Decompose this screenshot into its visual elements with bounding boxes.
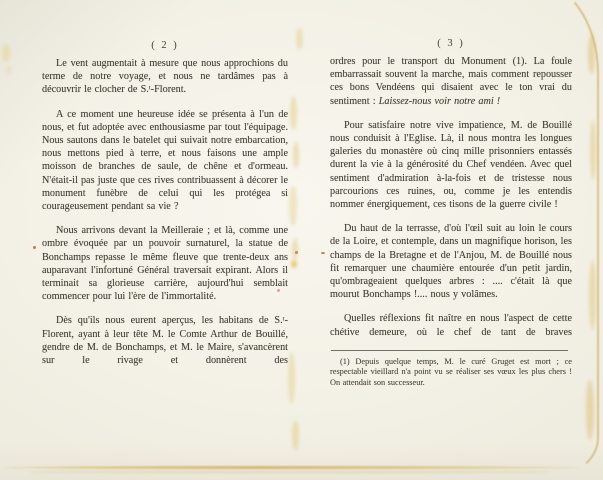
fold-stain [291,260,297,268]
paper-stain [6,66,11,74]
paragraph: Dès qu'ils nous eurent aperçus, les habi… [42,314,288,367]
book-scan: ( 2 ) Le vent augmentait à mesure que no… [0,0,603,480]
fold-stain [292,420,299,450]
page-edge-bottom [2,466,580,469]
page-number-right: ( 3 ) [330,38,572,49]
paragraph: Nous arrivons devant la Meilleraie ; et … [42,224,288,303]
fold-stain [289,186,297,226]
paper-stain [586,380,594,440]
fold-stain [296,28,303,50]
fold-stain [288,352,295,404]
footnote: (1) Depuis quelque temps, M. le curé Gru… [330,357,572,388]
paragraph: A ce moment une heureuse idée se présent… [42,108,288,214]
paper-stain [588,34,595,74]
italic-quote: Laissez-nous voir notre ami ! [379,96,500,107]
paragraph: Du haut de la terrasse, d'où l'œil suit … [330,222,572,301]
fold-stain [292,238,298,260]
paragraph: Pour satisfaire notre vive impatience, M… [330,119,572,211]
paper-stain [589,260,596,330]
page-edge-bottom-shadow [30,471,550,473]
ink-speck-red [295,251,298,254]
right-page: ( 3 ) ordres pour le transport du Monume… [330,38,572,388]
fold-stain [290,96,297,130]
paper-stain [590,120,596,180]
paragraph: Quelles réflexions fit naître en nous l'… [330,312,572,338]
left-page: ( 2 ) Le vent augmentait à mesure que no… [42,40,288,378]
paragraph: ordres pour le transport du Monument (1)… [330,55,572,108]
page-number-left: ( 2 ) [42,40,288,51]
paragraph: Le vent augmentait à mesure que nous app… [42,57,288,97]
paper-stain [2,44,10,62]
ink-speck-red [33,246,36,249]
ink-speck-red [321,252,325,254]
footnote-rule [331,350,568,351]
fold-stain [293,142,299,168]
